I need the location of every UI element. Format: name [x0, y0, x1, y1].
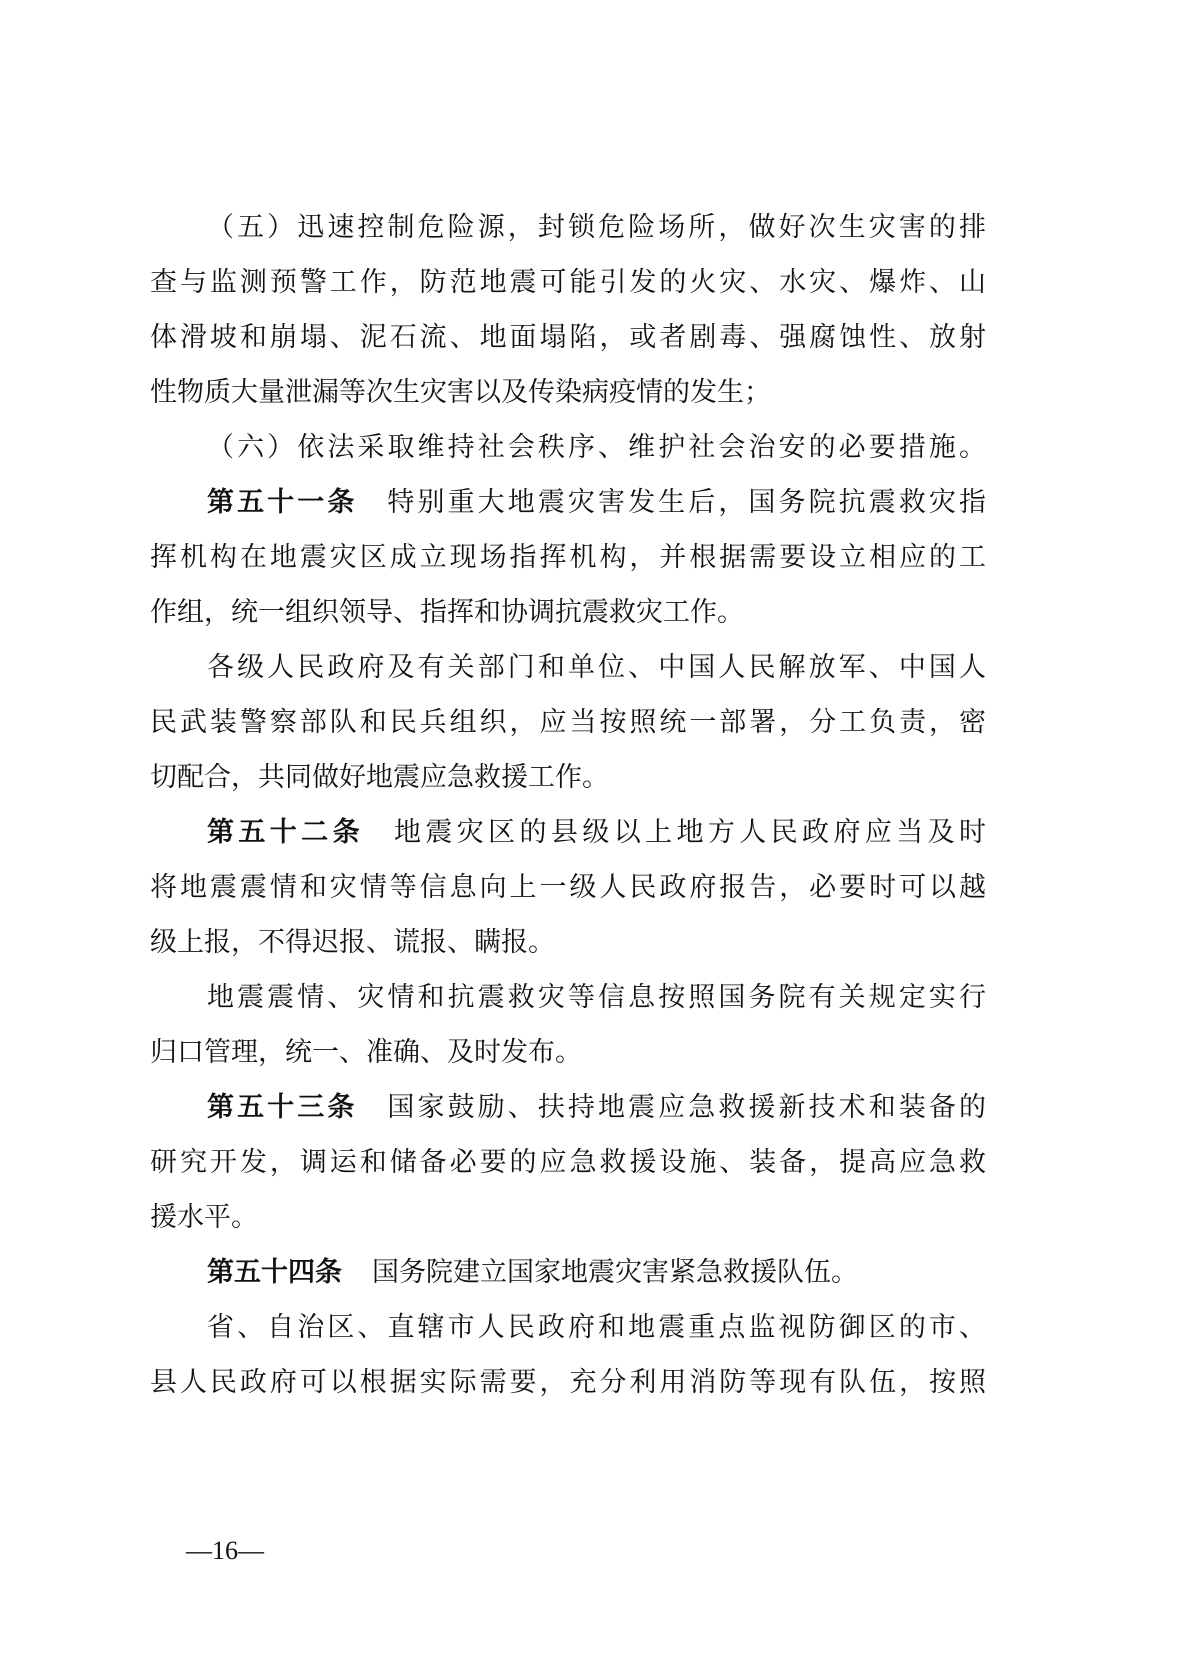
text-line: 民武装警察部队和民兵组织，应当按照统一部署，分工负责，密 — [150, 695, 986, 750]
text-line: 县人民政府可以根据实际需要，充分利用消防等现有队伍，按照 — [150, 1355, 986, 1410]
text-span: 国家鼓励、扶持地震应急救援新技术和装备的 — [387, 1092, 986, 1123]
text-line: （六）依法采取维持社会秩序、维护社会治安的必要措施。 — [207, 420, 986, 475]
text-line: 挥机构在地震灾区成立现场指挥机构，并根据需要设立相应的工 — [150, 530, 986, 585]
article-first-line: 第五十一条特别重大地震灾害发生后，国务院抗震救灾指 — [207, 475, 986, 530]
text-line: 体滑坡和崩塌、泥石流、地面塌陷，或者剧毒、强腐蚀性、放射 — [150, 310, 986, 365]
text-span: 地震灾区的县级以上地方人民政府应当及时 — [394, 817, 986, 848]
text-line: 地震震情、灾情和抗震救灾等信息按照国务院有关规定实行 — [207, 970, 986, 1025]
text-line: （五）迅速控制危险源，封锁危险场所，做好次生灾害的排 — [207, 200, 986, 255]
article-heading: 第五十一条 — [207, 487, 357, 518]
text-line: 查与监测预警工作，防范地震可能引发的火灾、水灾、爆炸、山 — [150, 255, 986, 310]
text-span: 特别重大地震灾害发生后，国务院抗震救灾指 — [387, 487, 986, 518]
text-line: 省、自治区、直辖市人民政府和地震重点监视防御区的市、 — [207, 1300, 986, 1355]
text-line: 将地震震情和灾情等信息向上一级人民政府报告，必要时可以越 — [150, 860, 986, 915]
text-line: 切配合，共同做好地震应急救援工作。 — [150, 750, 986, 805]
page-number: —16— — [186, 1536, 264, 1566]
article-heading: 第五十二条 — [207, 817, 364, 848]
text-line: 性物质大量泄漏等次生灾害以及传染病疫情的发生； — [150, 365, 986, 420]
text-line: 级上报，不得迟报、谎报、瞒报。 — [150, 915, 986, 970]
text-line: 援水平。 — [150, 1190, 986, 1245]
text-line: 归口管理，统一、准确、及时发布。 — [150, 1025, 986, 1080]
document-page: （五）迅速控制危险源，封锁危险场所，做好次生灾害的排 查与监测预警工作，防范地震… — [0, 0, 1185, 1678]
article-heading: 第五十四条 — [207, 1257, 342, 1288]
text-span: 国务院建立国家地震灾害紧急救援队伍。 — [372, 1257, 858, 1288]
article-heading: 第五十三条 — [207, 1092, 357, 1123]
article-first-line: 第五十二条地震灾区的县级以上地方人民政府应当及时 — [207, 805, 986, 860]
article-first-line: 第五十四条国务院建立国家地震灾害紧急救援队伍。 — [207, 1245, 986, 1300]
article-first-line: 第五十三条国家鼓励、扶持地震应急救援新技术和装备的 — [207, 1080, 986, 1135]
text-line: 研究开发，调运和储备必要的应急救援设施、装备，提高应急救 — [150, 1135, 986, 1190]
text-line: 各级人民政府及有关部门和单位、中国人民解放军、中国人 — [207, 640, 986, 695]
text-line: 作组，统一组织领导、指挥和协调抗震救灾工作。 — [150, 585, 986, 640]
